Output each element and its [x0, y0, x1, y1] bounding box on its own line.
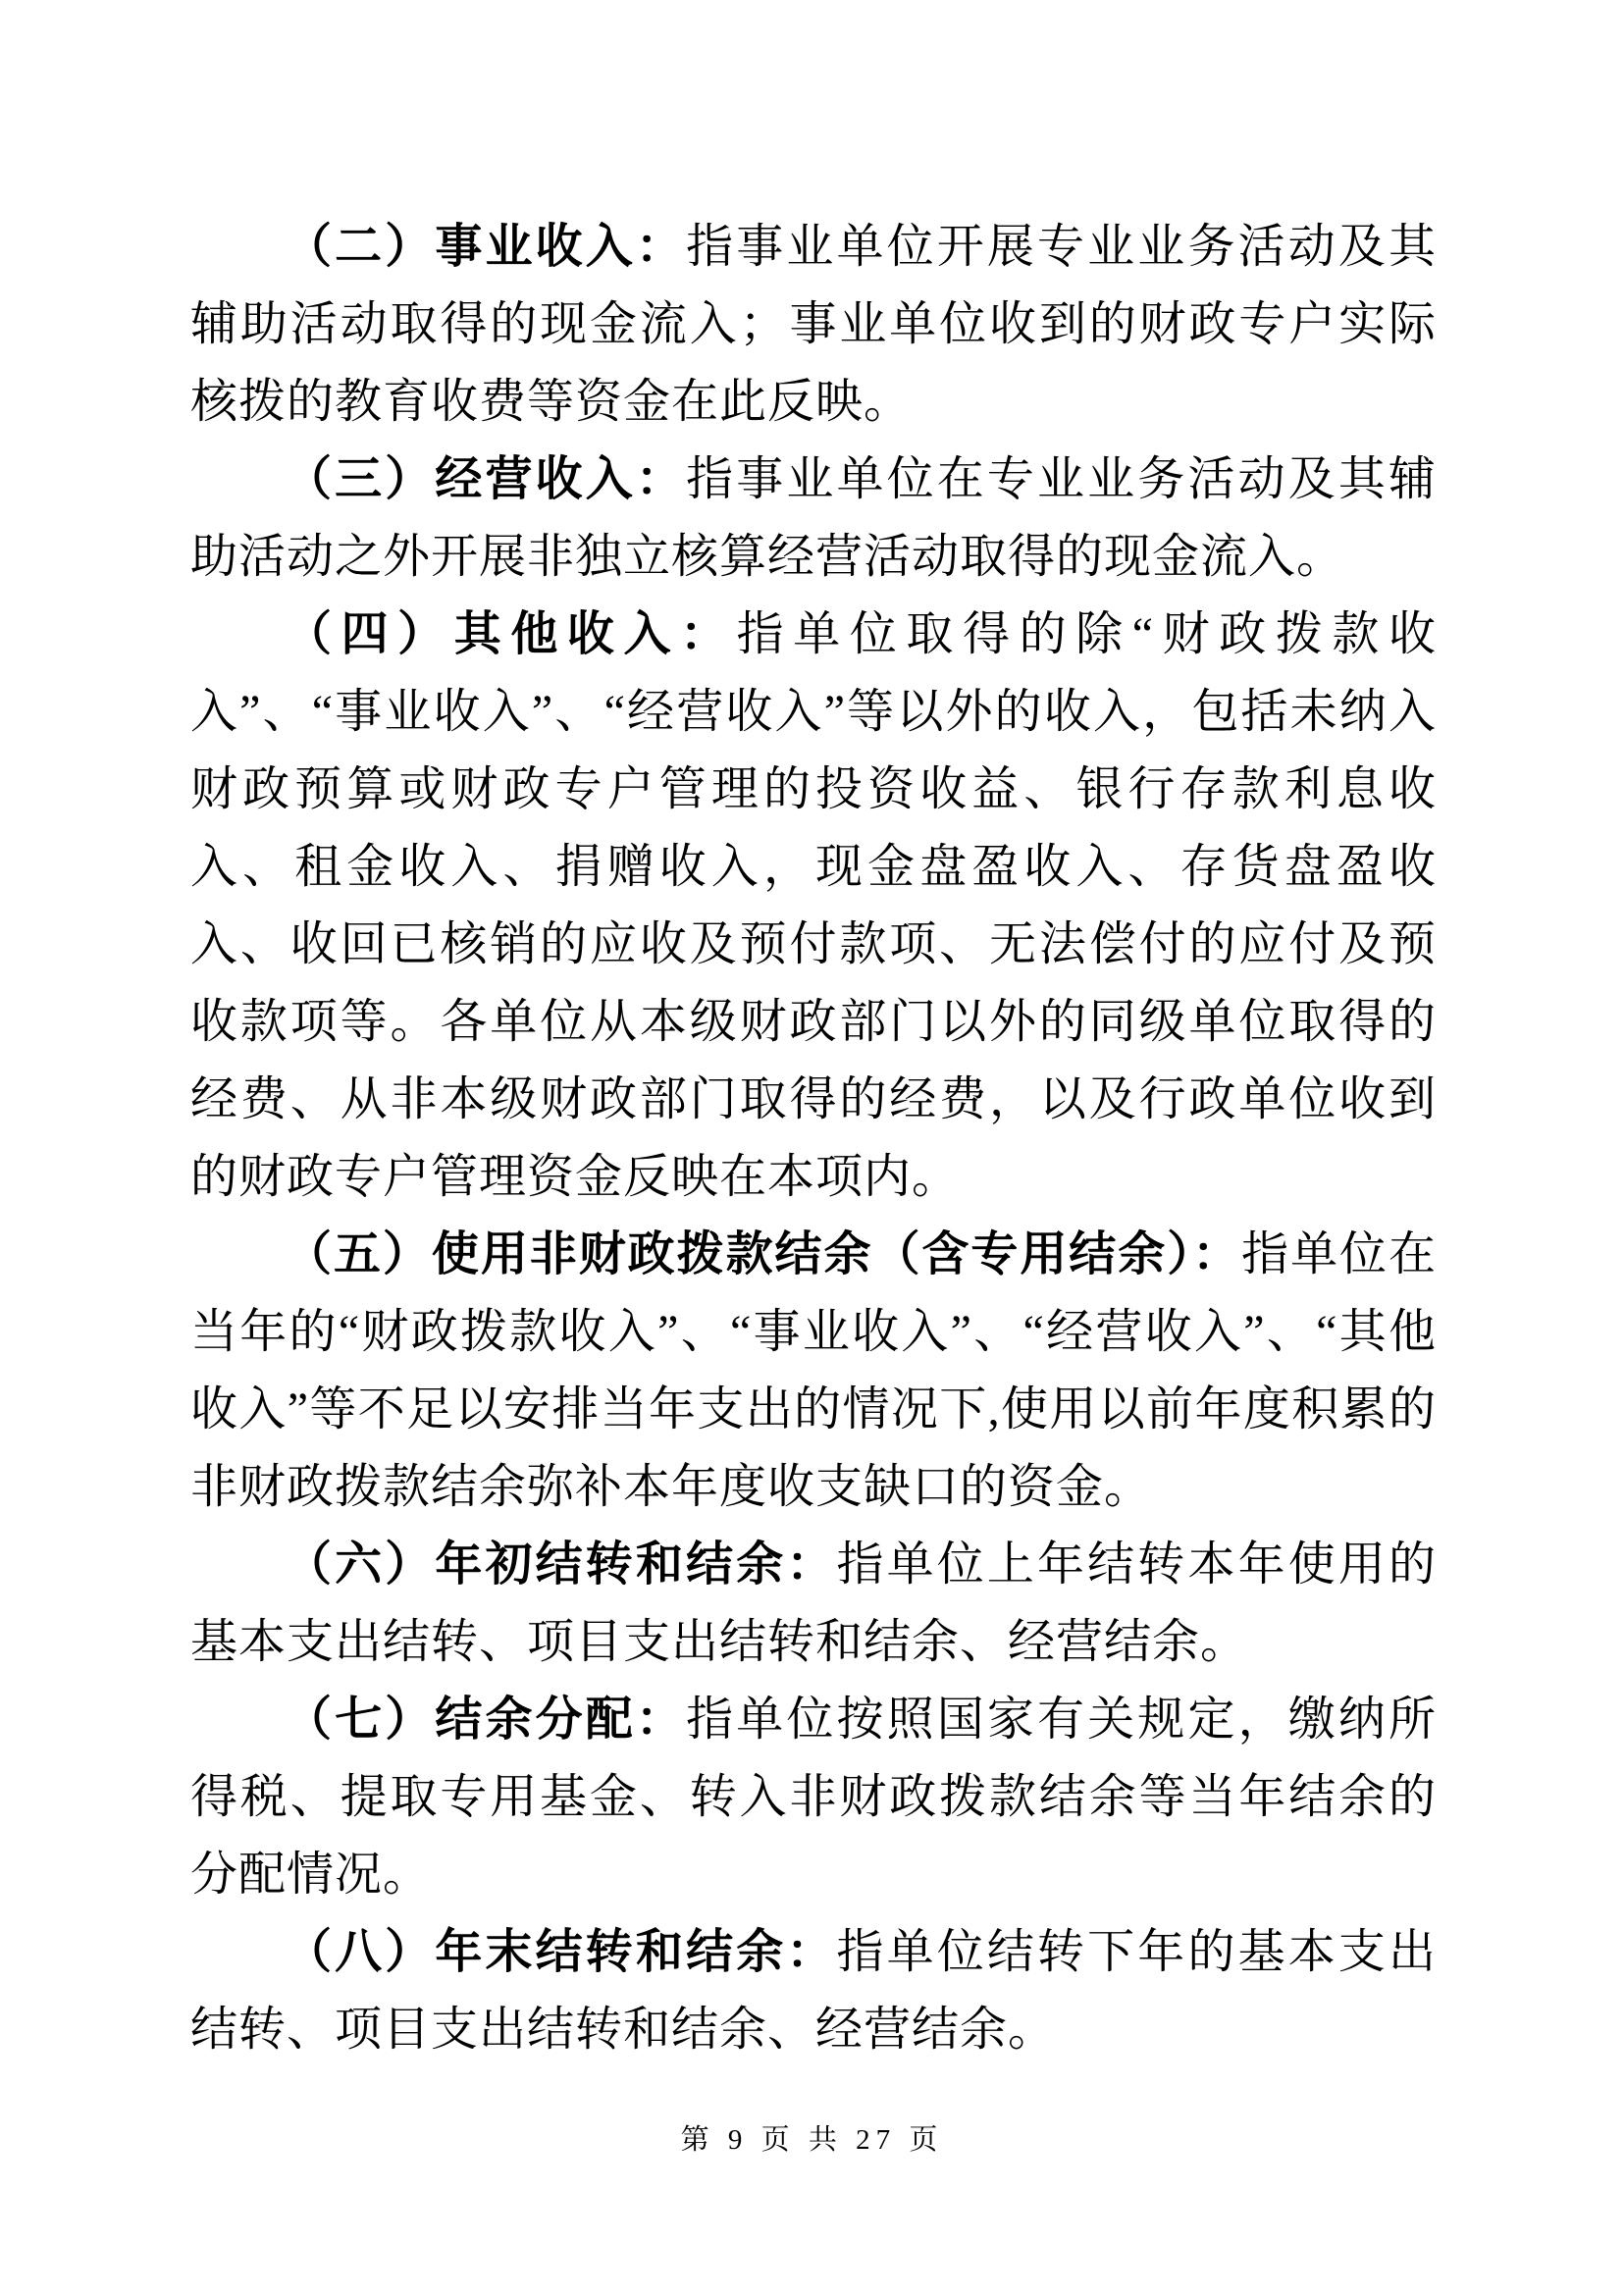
page-number-footer: 第 9 页 共 27 页 [0, 2117, 1624, 2158]
paragraph: （八）年末结转和结余：指单位结转下年的基本支出结转、项目支出结转和结余、经营结余… [190, 1913, 1437, 2068]
paragraph-head: （六）年初结转和结余： [285, 1539, 837, 1591]
document-body: （二）事业收入：指事业单位开展专业业务活动及其辅助活动取得的现金流入；事业单位收… [190, 208, 1437, 2068]
document-page: （二）事业收入：指事业单位开展专业业务活动及其辅助活动取得的现金流入；事业单位收… [0, 0, 1624, 2295]
paragraph-head: （八）年末结转和结余： [285, 1926, 837, 1978]
paragraph: （四）其他收入：指单位取得的除“财政拨款收入”、“事业收入”、“经营收入”等以外… [190, 596, 1437, 1216]
paragraph-head: （三）经营收入： [285, 453, 686, 505]
paragraph: （五）使用非财政拨款结余（含专用结余）：指单位在当年的“财政拨款收入”、“事业收… [190, 1216, 1437, 1526]
paragraph: （二）事业收入：指事业单位开展专业业务活动及其辅助活动取得的现金流入；事业单位收… [190, 208, 1437, 441]
paragraph-head: （四）其他收入： [285, 608, 737, 660]
paragraph: （六）年初结转和结余：指单位上年结转本年使用的基本支出结转、项目支出结转和结余、… [190, 1526, 1437, 1681]
paragraph-head: （七）结余分配： [285, 1694, 686, 1746]
paragraph-head: （五）使用非财政拨款结余（含专用结余）： [285, 1228, 1241, 1280]
paragraph-body: 指单位取得的除“财政拨款收入”、“事业收入”、“经营收入”等以外的收入，包括未纳… [190, 608, 1437, 1203]
paragraph: （三）经营收入：指事业单位在专业业务活动及其辅助活动之外开展非独立核算经营活动取… [190, 441, 1437, 596]
paragraph: （七）结余分配：指单位按照国家有关规定，缴纳所得税、提取专用基金、转入非财政拨款… [190, 1681, 1437, 1913]
paragraph-head: （二）事业收入： [285, 221, 686, 273]
